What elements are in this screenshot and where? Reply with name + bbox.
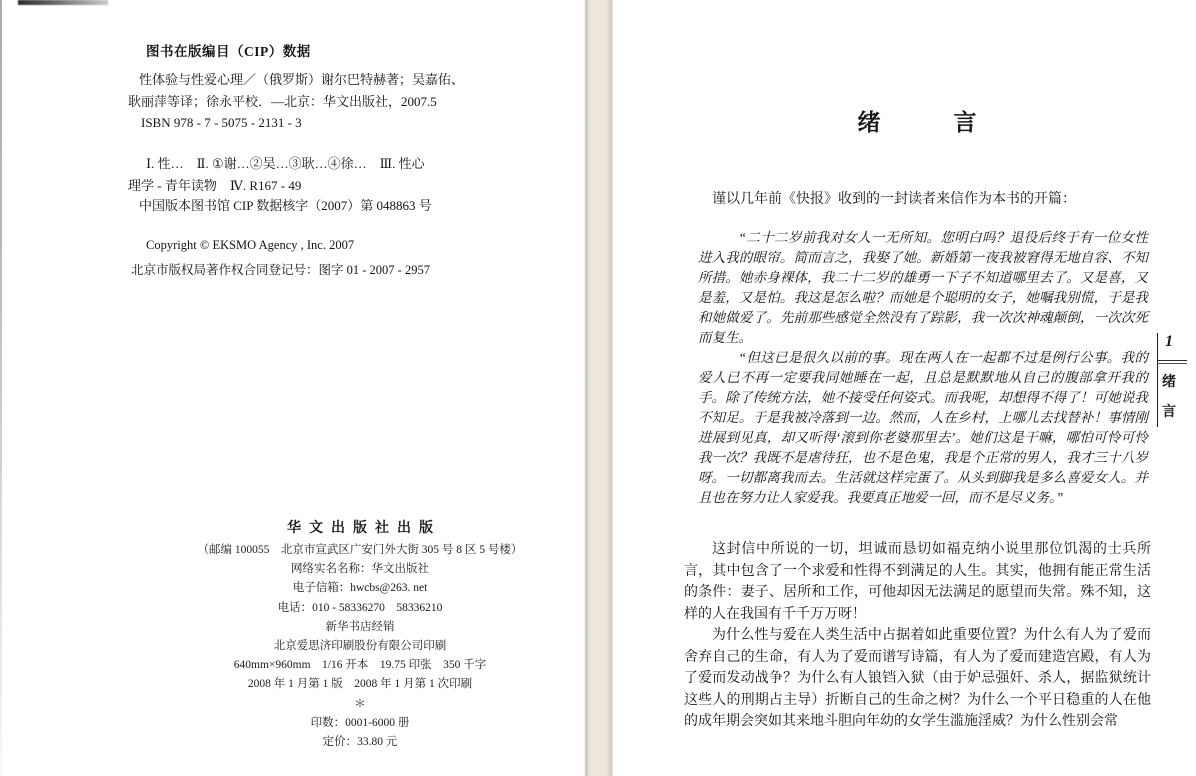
letter-paragraph: “二十二岁前我对女人一无所知。您明白吗？退役后终于有一位女性进入我的眼帘。简而言… [698, 228, 1148, 348]
margin-label-char: 绪 [1162, 371, 1176, 391]
margin-double-rule [1157, 360, 1187, 364]
preface-title-char: 言 [954, 104, 978, 137]
colophon-address-line: （邮编 100055 北京市宣武区广安门外大街 305 号 8 区 5 号楼） [110, 541, 610, 560]
colophon-asterisk: ＊ [110, 695, 610, 714]
colophon-publisher: 华文出版社出版 [110, 517, 610, 541]
margin-page-number: 1 [1165, 333, 1173, 351]
cip-class-line: 理学 - 青年读物 Ⅳ. R167 - 49 [128, 175, 578, 197]
colophon-format-line: 640mm×960mm 1/16 开本 19.75 印张 350 千字 [110, 656, 610, 675]
body-paragraph: 为什么性与爱在人类生活中占据着如此重要位置？为什么有人为了爱而舍弃自己的生命，有… [684, 625, 1151, 733]
preface-title-char: 绪 [858, 104, 882, 137]
colophon: 华文出版社出版 （邮编 100055 北京市宣武区广安门外大街 305 号 8 … [110, 517, 610, 752]
cip-class-line: Ⅰ. 性… Ⅱ. ①谢…②吴…③耿…④徐… Ⅲ. 性心 [128, 153, 578, 175]
cip-title-line: 耿丽萍等译；徐永平校．—北京：华文出版社，2007.5 [128, 91, 578, 113]
cip-title-line: 性体验与性爱心理／（俄罗斯）谢尔巴特赫著；吴嘉佑、 [128, 69, 578, 91]
margin-label-char: 言 [1162, 401, 1176, 421]
registration-line: 北京市版权局著作权合同登记号：图字 01 - 2007 - 2957 [131, 260, 430, 278]
colophon-edition-line: 2008 年 1 月第 1 版 2008 年 1 月第 1 次印刷 [110, 675, 610, 694]
letter-paragraph: “但这已是很久以前的事。现在两人在一起都不过是例行公事。我的爱人已不再一定要我同… [698, 348, 1148, 508]
cip-header: 图书在版编目（CIP）数据 [146, 40, 311, 60]
cip-title-block: 性体验与性爱心理／（俄罗斯）谢尔巴特赫著；吴嘉佑、 耿丽萍等译；徐永平校．—北京… [128, 69, 578, 134]
right-page: 绪 言 谨以几年前《快报》收到的一封读者来信作为本书的开篇： “二十二岁前我对女… [613, 0, 1196, 776]
preface-title: 绪 言 [684, 104, 1151, 137]
colophon-price-line: 定价：33.80 元 [110, 733, 610, 752]
margin-vertical-line [1157, 333, 1158, 427]
colophon-phone-line: 电话：010 - 58336270 58336210 [110, 599, 610, 618]
preface-intro-line: 谨以几年前《快报》收到的一封读者来信作为本书的开篇： [684, 188, 1151, 208]
body-paragraph: 这封信中所说的一切，坦诚而恳切如福克纳小说里那位饥渴的士兵所言，其中包含了一个求… [684, 539, 1151, 625]
preface-body: 这封信中所说的一切，坦诚而恳切如福克纳小说里那位饥渴的士兵所言，其中包含了一个求… [684, 539, 1151, 733]
colophon-distributor-line: 新华书店经销 [110, 618, 610, 637]
copyright-line: Copyright © EKSMO Agency , Inc. 2007 [146, 238, 354, 253]
margin-marker: 1 绪 言 [1157, 333, 1191, 429]
colophon-printer-line: 北京爱思济印刷股份有限公司印刷 [110, 637, 610, 656]
reader-letter-quote: “二十二岁前我对女人一无所知。您明白吗？退役后终于有一位女性进入我的眼帘。简而言… [698, 228, 1148, 508]
colophon-printrun-line: 印数：0001-6000 册 [110, 714, 610, 733]
left-page: 图书在版编目（CIP）数据 性体验与性爱心理／（俄罗斯）谢尔巴特赫著；吴嘉佑、 … [0, 0, 583, 776]
cip-classification-block: Ⅰ. 性… Ⅱ. ①谢…②吴…③耿…④徐… Ⅲ. 性心 理学 - 青年读物 Ⅳ.… [128, 153, 578, 196]
colophon-webname-line: 网络实名名称：华文出版社 [110, 560, 610, 579]
cip-record-line: 中国版本图书馆 CIP 数据核字（2007）第 048863 号 [139, 195, 432, 214]
colophon-email-line: 电子信箱：hwcbs@263. net [110, 579, 610, 598]
isbn-line: ISBN 978 - 7 - 5075 - 2131 - 3 [128, 112, 578, 134]
